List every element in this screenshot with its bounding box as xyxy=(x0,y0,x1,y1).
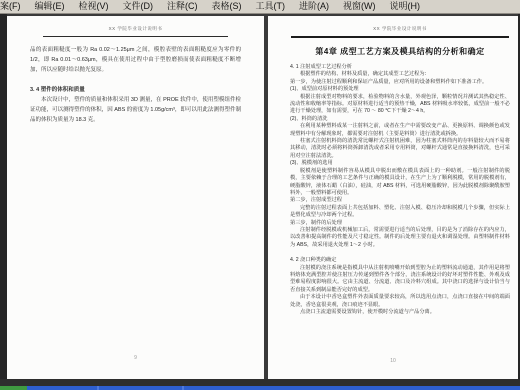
workspace-bottom-margin xyxy=(0,379,520,386)
page-number: 10 xyxy=(268,358,518,364)
header-rule xyxy=(43,36,229,37)
menu-document[interactable]: 文件(D) xyxy=(116,0,161,13)
step-label: 第三步，制件的后处理 xyxy=(290,220,510,227)
paragraph: 完整的注射过程表面上共包括加料、塑化、注射入模、稳压冷却和脱模几个步骤，但实际上… xyxy=(290,205,510,220)
paragraph: 在利用某种塑料成某一注射料之前，或者在生产中需要改变产品、更换原料、调换颜色或发… xyxy=(290,123,510,138)
section-heading-3-4: 3. 4 塑件的体积和质量 xyxy=(30,85,241,95)
workspace-left-margin xyxy=(0,14,7,379)
start-button[interactable] xyxy=(0,386,27,390)
menu-forms[interactable]: 表格(S) xyxy=(205,0,249,13)
paragraph: 由于本设计中香皂盒塑件外表面质量要求较高，所以选用点浇口，点浇口直接在中间的端面… xyxy=(290,294,510,309)
menu-file[interactable]: 档案(F) xyxy=(0,0,28,13)
paragraph: 品的表面粗糙度一般为 Ra 0.02～1.25μm 之间，模腔表壁的表面粗糙度应… xyxy=(30,45,241,75)
document-page-9: XX 学院毕业设计说明书 品的表面粗糙度一般为 Ra 0.02～1.25μm 之… xyxy=(7,16,264,379)
menu-tools[interactable]: 工具(T) xyxy=(249,0,293,13)
list-label: (3)、脱模剂的选用 xyxy=(290,160,510,167)
menu-view[interactable]: 检视(V) xyxy=(72,0,116,13)
document-page-10: XX 学院毕业设计说明书 第4章 成型工艺方案及模具结构的分析和确定 4. 1 … xyxy=(268,16,518,379)
paragraph: 根据注射成型对物料的要求，检验物料的含水量，外观色泽，颗粒情况并测试其热稳定性、… xyxy=(290,94,510,116)
chapter-4-title: 第4章 成型工艺方案及模具结构的分析和确定 xyxy=(290,46,510,57)
menu-comments[interactable]: 注释(C) xyxy=(160,0,205,13)
paragraph: 注射模的浇注系统是指模具中从注射机喷嘴开始到型腔为止的塑料流动通道，其作用是将塑… xyxy=(290,265,510,295)
app-window: 档案(F) 编辑(E) 检视(V) 文件(D) 注释(C) 表格(S) 工具(T… xyxy=(0,0,520,390)
taskbar[interactable] xyxy=(0,386,520,390)
page-number: 9 xyxy=(7,355,264,361)
menu-window[interactable]: 视窗(W) xyxy=(336,0,383,13)
paragraph: 注射制件经脱模或机械加工后，常需要进行适当的后处理，目的是为了消除存在的内应力，… xyxy=(290,227,510,249)
paragraph: 根据塑件的结构、材料及质量，确定其成型工艺过程为： xyxy=(290,71,510,78)
taskbar-button-divider xyxy=(182,386,184,390)
menu-advanced[interactable]: 进阶(A) xyxy=(292,0,336,13)
page-header-text: XX 学院毕业设计说明书 xyxy=(30,26,241,32)
taskbar-button-divider xyxy=(97,386,99,390)
paragraph: 本次设计中，塑件的质量和体积采用 3D 测量，在 PROE 软件中，使用塑模组件… xyxy=(30,95,241,125)
paragraph: 点浇口主流道需要设置钩针，使开模时分流道与产品分离。 xyxy=(290,309,510,316)
list-label: (1)、成型前对原材料的预处理 xyxy=(290,86,510,93)
header-rule xyxy=(291,36,509,38)
step-label: 第二步，注射成型过程 xyxy=(290,197,510,204)
paragraph: 柱塞式注射机料筒的清洗常比螺杆式注射机困难，因为柱塞式料筒内的存料量较大而不易将… xyxy=(290,138,510,160)
menu-bar: 档案(F) 编辑(E) 检视(V) 文件(D) 注释(C) 表格(S) 工具(T… xyxy=(0,0,520,14)
page-header-text: XX 学院毕业设计说明书 xyxy=(290,26,510,32)
menu-help[interactable]: 说明(H) xyxy=(383,0,428,13)
paragraph: 脱模剂是使塑料制件容易从模具中脱出而敷在模具表面上的一种助剂。一般注射制件的脱模… xyxy=(290,168,510,198)
section-heading-4-2: 4. 2 浇口种类的确定 xyxy=(290,257,510,264)
menu-edit[interactable]: 编辑(E) xyxy=(28,0,72,13)
